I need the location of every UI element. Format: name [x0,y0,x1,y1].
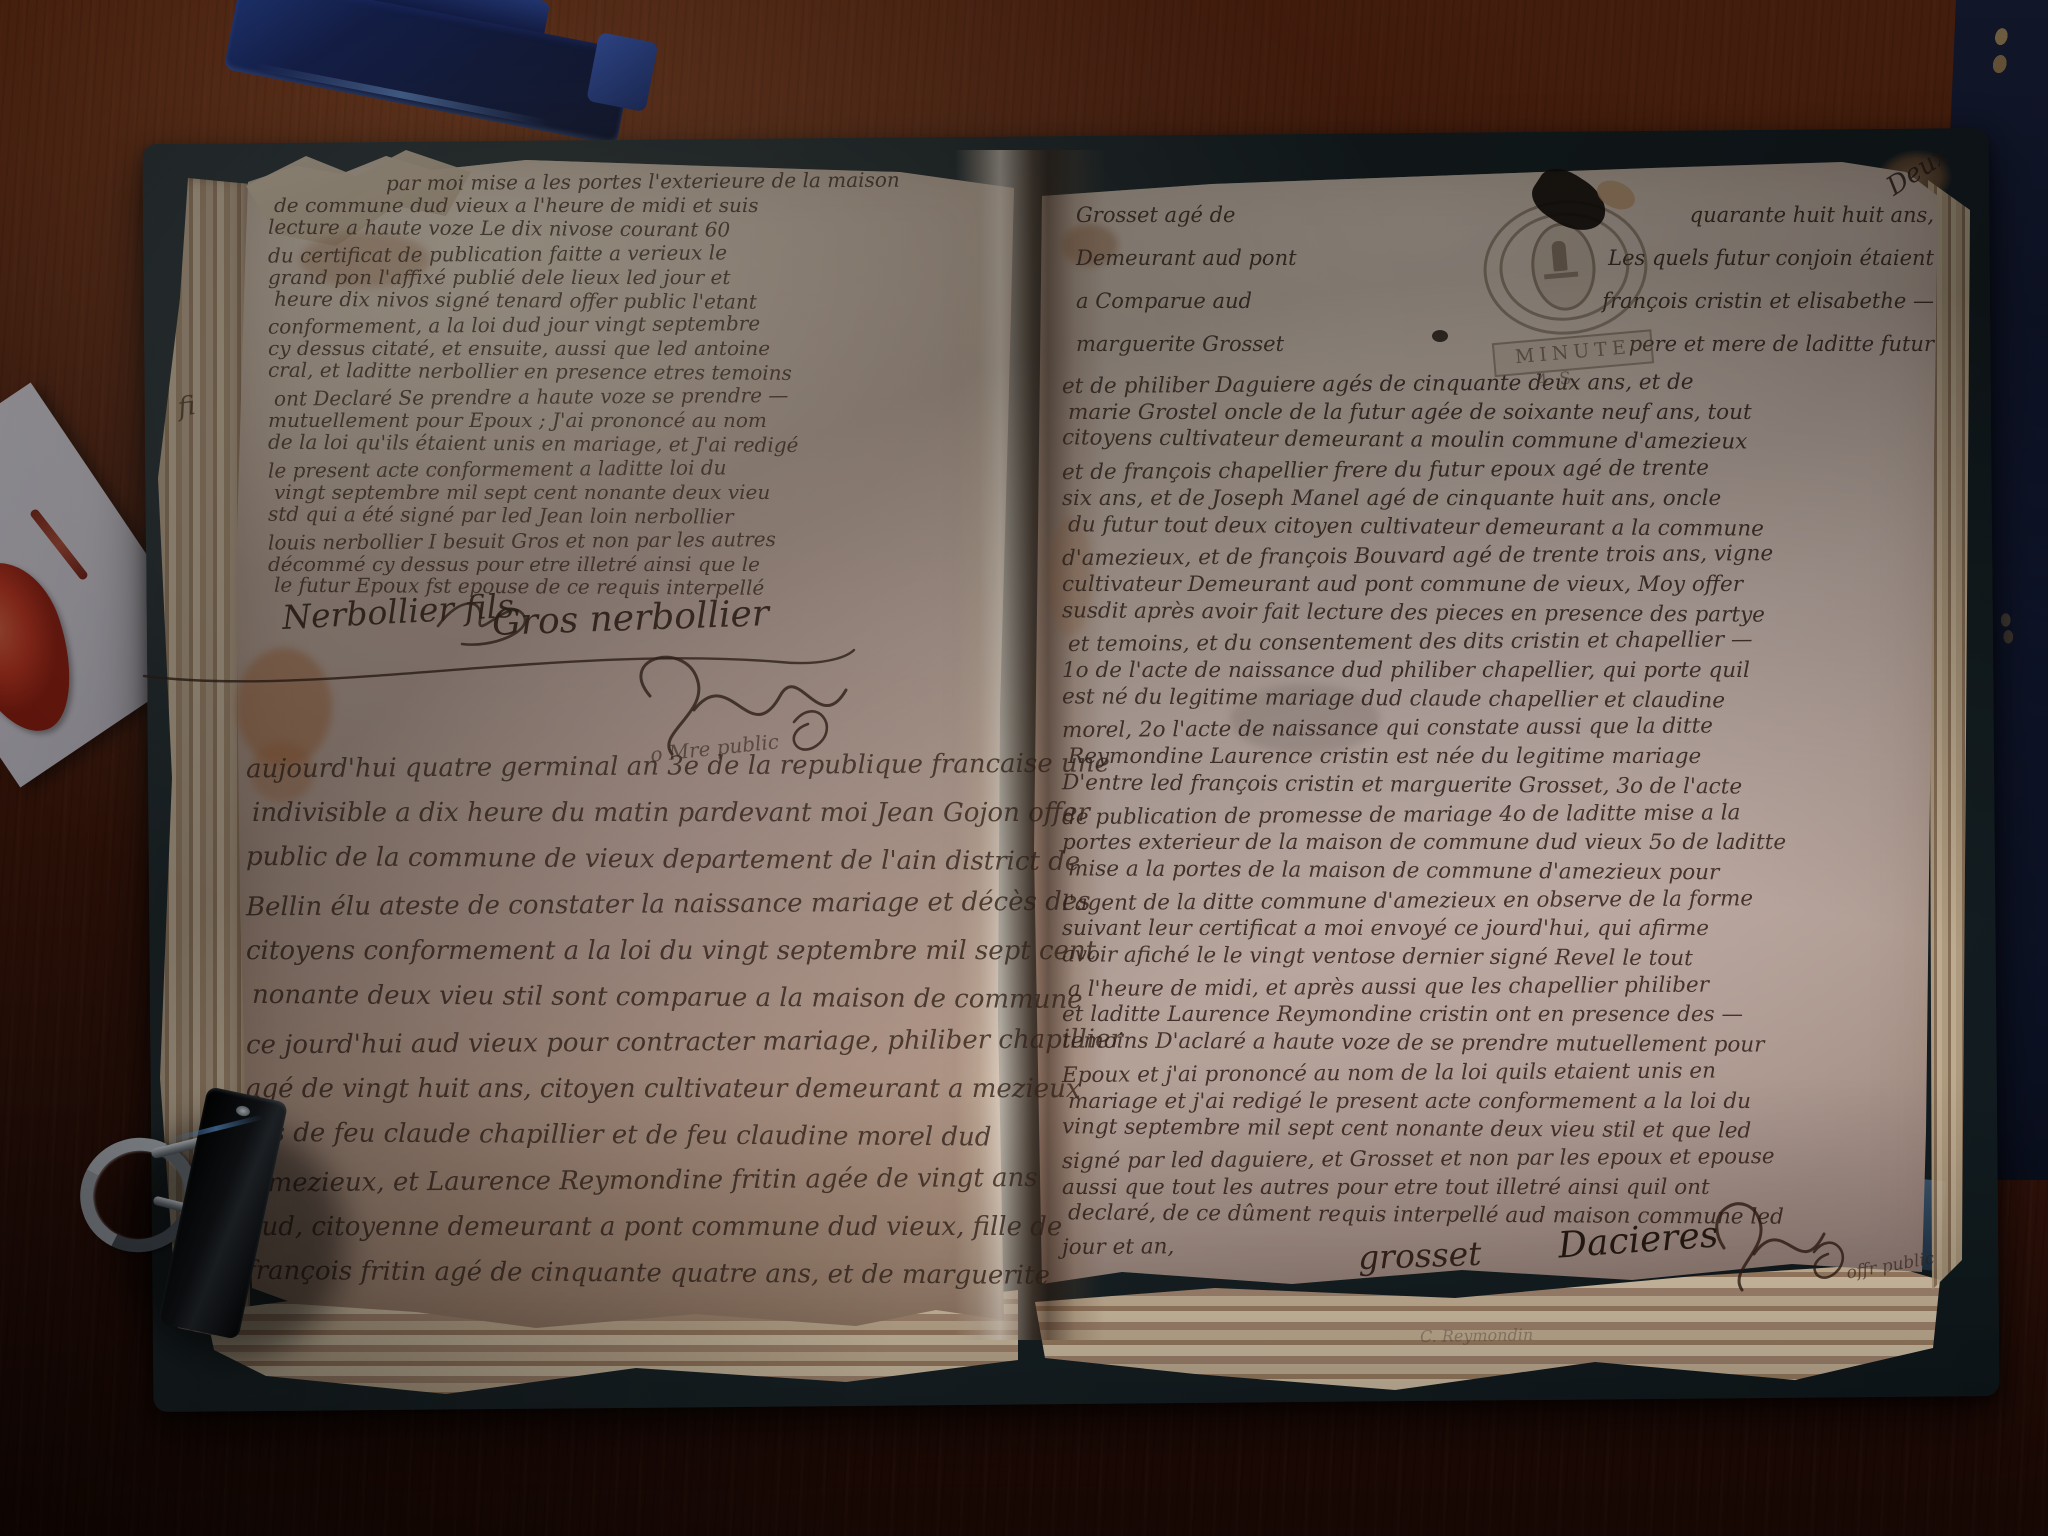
handwritten-line: d'amezieux, et de françois Bouvard agé d… [1062,539,1942,574]
stamp-figure [1551,240,1568,271]
handwritten-line: signé par led daguiere, et Grosset et no… [1062,1142,1942,1177]
stamp-denomination: 4 S [1536,368,1574,391]
handwritten-line: de commune dud vieux a l'heure de midi e… [274,194,1013,218]
top-row-left: Demeurant aud pont [1076,237,1297,280]
handwritten-line: aud, citoyenne demeurant a pont commune … [246,1204,936,1250]
right-page-body: et de philiber Daguiere agés de cinquant… [1062,370,1942,1260]
handwritten-line: louis nerbollier I besuit Gros et non pa… [268,526,1013,555]
handwritten-line: l'agent de la ditte commune d'amezieux e… [1062,884,1942,919]
handwritten-line: ce jourd'hui aud vieux pour contracter m… [246,1018,936,1069]
left-page-paragraph-2: aujourd'hui quatre germinal an 3e de la … [246,744,936,1296]
handwritten-line: Bellin élu ateste de constater la naissa… [246,880,936,931]
handwritten-line: Epoux et j'ai prononcé au nom de la loi … [1062,1056,1942,1091]
handwritten-line: public de la commune de vieux departemen… [246,834,936,884]
top-row-right: quarante huit huit ans, [1690,194,1934,237]
handwritten-line: ont Declaré Se prendre a haute voze se p… [274,383,1013,412]
handwritten-line: morel, 2o l'acte de naissance qui consta… [1062,711,1942,746]
handwritten-line: grand pon l'affixé publié dele lieux led… [268,266,1013,290]
handwritten-line: Reymondine Laurence cristin est née du l… [1068,743,1942,772]
handwritten-line: 1o de l'acte de naissance dud philiber c… [1062,657,1942,686]
handwritten-line: nonante deux vieu stil sont comparue a l… [252,972,936,1022]
handwritten-line: aujourd'hui quatre germinal an 3e de la … [246,742,936,793]
handwritten-line: françois fritin agé de cinquante quatre … [246,1248,936,1298]
handwritten-line: portes exterieur de la maison de commune… [1062,829,1942,858]
handwritten-line: vingt septembre mil sept cent nonante de… [274,481,1013,505]
under-page-ghost-text: C. Reymondin [1420,1325,1533,1346]
handwritten-line: de publication de promesse de mariage 4o… [1062,797,1942,832]
top-row-left: marguerite Grosset [1076,323,1284,366]
top-row-left: Grosset agé de [1076,194,1236,237]
handwritten-line: marie Grostel oncle de la futur agée de … [1068,399,1942,428]
handwritten-line: suivant leur certificat a moi envoyé ce … [1062,915,1942,944]
handwritten-line: et de françois chapellier frere du futur… [1062,453,1942,488]
handwritten-line: et temoins, et du consentement des dits … [1068,625,1942,660]
handwritten-line: le present acte conformement a laditte l… [268,454,1013,483]
handwritten-line: a l'heure de midi, et après aussi que le… [1068,970,1942,1005]
handwritten-line: fils de feu claude chapillier et de feu … [246,1110,936,1160]
left-page-paragraph-1: par moi mise a les portes l'exterieure d… [268,170,1013,600]
fabric-embroidery-motif-faint [1994,608,2020,648]
handwritten-line: agé de vingt huit ans, citoyen cultivate… [246,1066,936,1112]
signature-grosset: grosset [1357,1234,1482,1277]
blue-clip-end-facet [586,32,658,112]
handwritten-line: mutuellement pour Epoux ; J'ai prononcé … [268,409,1013,433]
handwritten-line: par moi mise a les portes l'exterieure d… [386,168,1013,196]
handwritten-line: indivisible a dix heure du matin pardeva… [252,790,936,836]
handwritten-line: citoyens conformement a la loi du vingt … [246,928,936,974]
photo-open-register-book: fi par moi mise a les portes l'exterieur… [0,0,2048,1536]
handwritten-line: du certificat de publication faitte a ve… [268,239,1013,268]
top-row-right: pere et mere de laditte futur [1629,323,1934,366]
top-row-left: a Comparue aud [1076,280,1252,323]
handwritten-line: cultivateur Demeurant aud pont commune d… [1062,571,1942,600]
officer-ornate-signature-icon [1688,1178,1866,1304]
handwritten-line: mariage et j'ai redigé le present acte c… [1068,1088,1942,1117]
handwritten-line: six ans, et de Joseph Manel agé de cinqu… [1062,485,1942,514]
handwritten-line: et laditte Laurence Reymondine cristin o… [1062,1001,1942,1030]
handwritten-line: amezieux, et Laurence Reymondine fritin … [252,1156,936,1207]
ink-blot [1432,330,1448,342]
handwritten-line: conformement, a la loi dud jour vingt se… [268,311,1013,340]
